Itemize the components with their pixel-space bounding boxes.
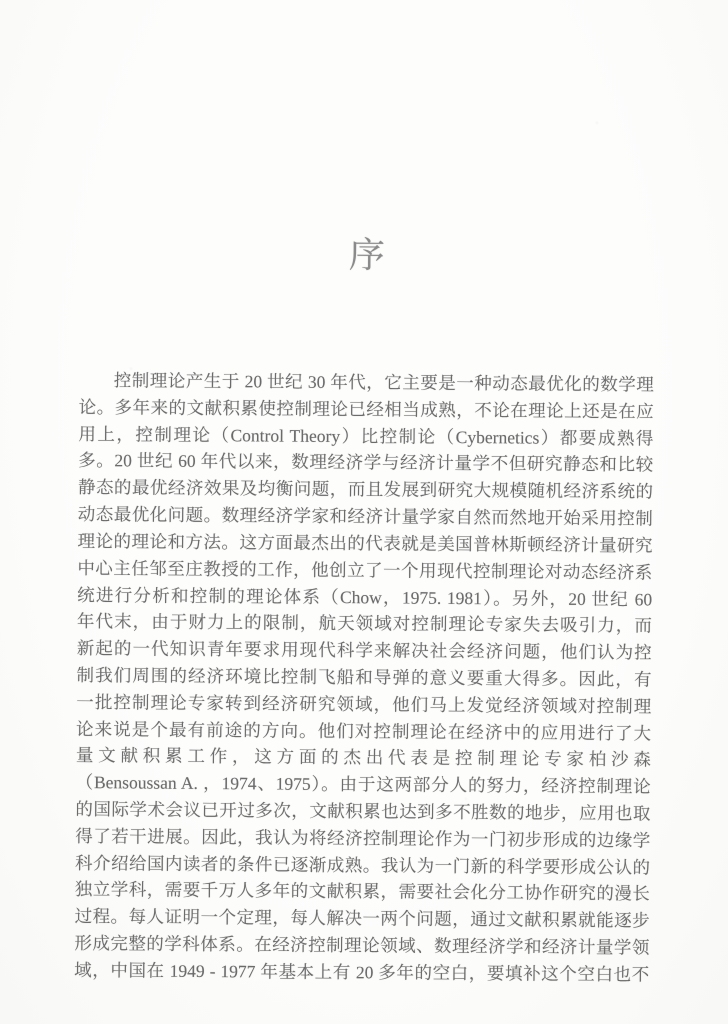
text-line: 制我们周围的经济环境比控制飞船和导弹的意义要重大得多。因此，有	[76, 662, 651, 693]
text-line: 控制理论产生于 20 世纪 30 年代，它主要是一种动态最优化的数学理	[79, 367, 654, 398]
page-title: 序	[80, 233, 655, 278]
text-line: 得了若干进展。因此，我认为将经济控制理论作为一门初步形成的边缘学	[75, 823, 650, 854]
text-line: 理论的理论和方法。这方面最杰出的代表就是美国普林斯顿经济计量研究	[77, 528, 652, 559]
page-content: 序 控制理论产生于 20 世纪 30 年代，它主要是一种动态最优化的数学理 论。…	[74, 233, 655, 988]
text-line: 中心主任邹至庄教授的工作，他创立了一个用现代控制理论对动态经济系	[77, 555, 652, 586]
text-line: 一批控制理论专家转到经济研究领域，他们马上发觉经济领域对控制理	[76, 689, 651, 720]
text-line: 的国际学术会议已开过多次，文献积累也达到多不胜数的地步，应用也取	[75, 796, 650, 827]
text-line: 域，中国在 1949 - 1977 年基本上有 20 多年的空白，要填补这个空白…	[74, 957, 649, 988]
preface-paragraph: 控制理论产生于 20 世纪 30 年代，它主要是一种动态最优化的数学理 论。多年…	[74, 367, 654, 988]
scanned-book-page: 序 控制理论产生于 20 世纪 30 年代，它主要是一种动态最优化的数学理 论。…	[0, 0, 728, 1024]
text-line: 论。多年来的文献积累使控制理论已经相当成熟，不论在理论上还是在应	[79, 394, 654, 425]
